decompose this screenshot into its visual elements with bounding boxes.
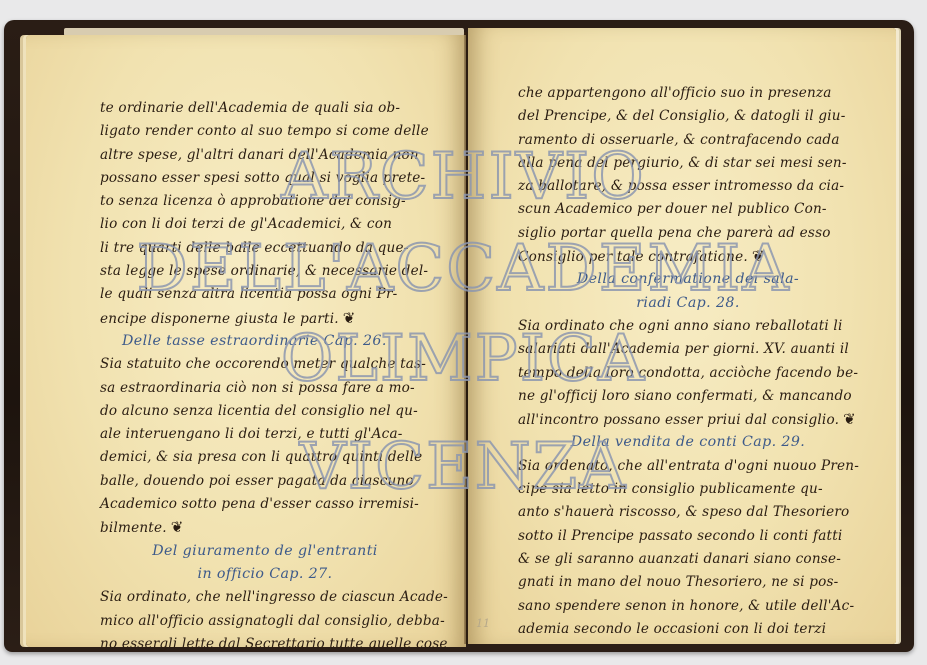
- text-line: sotto il Prencipe passato secondo li con…: [518, 525, 858, 548]
- text-line: Sia ordenato, che all'entrata d'ogni nuo…: [518, 455, 858, 478]
- text-line: salariati dall'Academia per giorni. XV. …: [518, 338, 858, 361]
- text-line: sa estraordinaria ciò non si possa fare …: [100, 377, 430, 400]
- text-line: anto s'hauerà riscosso, & speso dal Thes…: [518, 501, 858, 524]
- text-line: che appartengono all'officio suo in pres…: [518, 82, 858, 105]
- text-line: cipe sia letto in consiglio publicamente…: [518, 478, 858, 501]
- text-line: & se gli saranno auanzati danari siano c…: [518, 548, 858, 571]
- text-line: le quali senza altra licentia possa ogni…: [100, 283, 430, 306]
- text-line: all'incontro possano esser priui dal con…: [518, 412, 839, 428]
- text-line: encipe disponerne giusta le parti.: [100, 311, 339, 327]
- left-page-text: te ordinarie dell'Academia de quali sia …: [100, 97, 430, 656]
- chapter-heading-28-line1: Della confermatione dei sala-: [518, 268, 858, 291]
- chapter-heading-27-line2: in officio Cap. 27.: [100, 563, 430, 586]
- fleuron-ornament-icon: ❦: [843, 410, 856, 428]
- text-line: Consiglio per tale contrafatione.: [518, 249, 748, 265]
- text-line: te ordinarie dell'Academia de quali sia …: [100, 97, 430, 120]
- text-line: do alcuno senza licentia del consiglio n…: [100, 400, 430, 423]
- left-page: te ordinarie dell'Academia de quali sia …: [26, 35, 466, 647]
- text-line: altre spese, gl'altri danari dell'Academ…: [100, 144, 430, 167]
- text-line: bilmente.: [100, 520, 167, 536]
- text-line: tempo della loro condotta, acciòche face…: [518, 362, 858, 385]
- text-line: siglio portar quella pena che parerà ad …: [518, 222, 858, 245]
- fleuron-ornament-icon: ❦: [171, 518, 184, 536]
- text-line: Academico sotto pena d'esser casso irrem…: [100, 493, 430, 516]
- text-line: balle, douendo poi esser pagata da ciasc…: [100, 470, 430, 493]
- text-line: alla pena del pergiurio, & di star sei m…: [518, 152, 858, 175]
- text-line-with-fleuron: all'incontro possano esser priui dal con…: [518, 408, 858, 431]
- text-line: scun Academico per douer nel publico Con…: [518, 198, 858, 221]
- text-line: mico all'officio assignatogli dal consig…: [100, 610, 430, 633]
- text-line: li tre quarti delle balle eccettuando da…: [100, 237, 430, 260]
- book-binding: te ordinarie dell'Academia de quali sia …: [4, 20, 914, 652]
- text-line: Sia ordinato, che nell'ingresso de ciasc…: [100, 586, 430, 609]
- fleuron-ornament-icon: ❦: [752, 247, 765, 265]
- text-line: ale interuengano li doi terzi, e tutti g…: [100, 423, 430, 446]
- text-line: sano spendere senon in honore, & utile d…: [518, 595, 858, 618]
- text-line: ne gl'officij loro siano confermati, & m…: [518, 385, 858, 408]
- text-line-with-fleuron: Consiglio per tale contrafatione.❦: [518, 245, 858, 268]
- fleuron-ornament-icon: ❦: [343, 309, 356, 327]
- text-line: sta legge le spese ordinarie, & necessar…: [100, 260, 430, 283]
- text-line: to senza licenza ò approbatione del cons…: [100, 190, 430, 213]
- chapter-heading-29: Della vendita de conti Cap. 29.: [518, 431, 858, 454]
- text-line: lio con li doi terzi de gl'Academici, & …: [100, 213, 430, 236]
- text-line: ramento di osseruarle, & contrafacendo c…: [518, 129, 858, 152]
- text-line: del Prencipe, & del Consiglio, & datogli…: [518, 105, 858, 128]
- chapter-heading-28-line2: riadi Cap. 28.: [518, 292, 858, 315]
- text-line: possano esser spesi sotto qual si voglia…: [100, 167, 430, 190]
- text-line-with-fleuron: bilmente.❦: [100, 516, 430, 539]
- text-line: demici, & sia presa con li quattro quint…: [100, 446, 430, 469]
- text-line: Sia ordinato che ogni anno siano reballo…: [518, 315, 858, 338]
- text-line: Sia statuito che occorendo meter qualche…: [100, 353, 430, 376]
- text-line: ligato render conto al suo tempo si come…: [100, 120, 430, 143]
- text-line: za ballotare, & possa esser intromesso d…: [518, 175, 858, 198]
- chapter-heading-26: Delle tasse estraordinarie Cap. 26.: [100, 330, 430, 353]
- chapter-heading-27-line1: Del giuramento de gl'entranti: [100, 540, 430, 563]
- right-page-text: che appartengono all'officio suo in pres…: [518, 82, 858, 641]
- right-page: che appartengono all'officio suo in pres…: [468, 28, 896, 644]
- text-line-with-fleuron: encipe disponerne giusta le parti.❦: [100, 307, 430, 330]
- text-line: ademia secondo le occasioni con li doi t…: [518, 618, 858, 641]
- text-line: gnati in mano del nouo Thesoriero, ne si…: [518, 571, 858, 594]
- text-line: no essergli lette dal Secrettario tutte …: [100, 633, 430, 656]
- folio-number: 11: [476, 617, 490, 630]
